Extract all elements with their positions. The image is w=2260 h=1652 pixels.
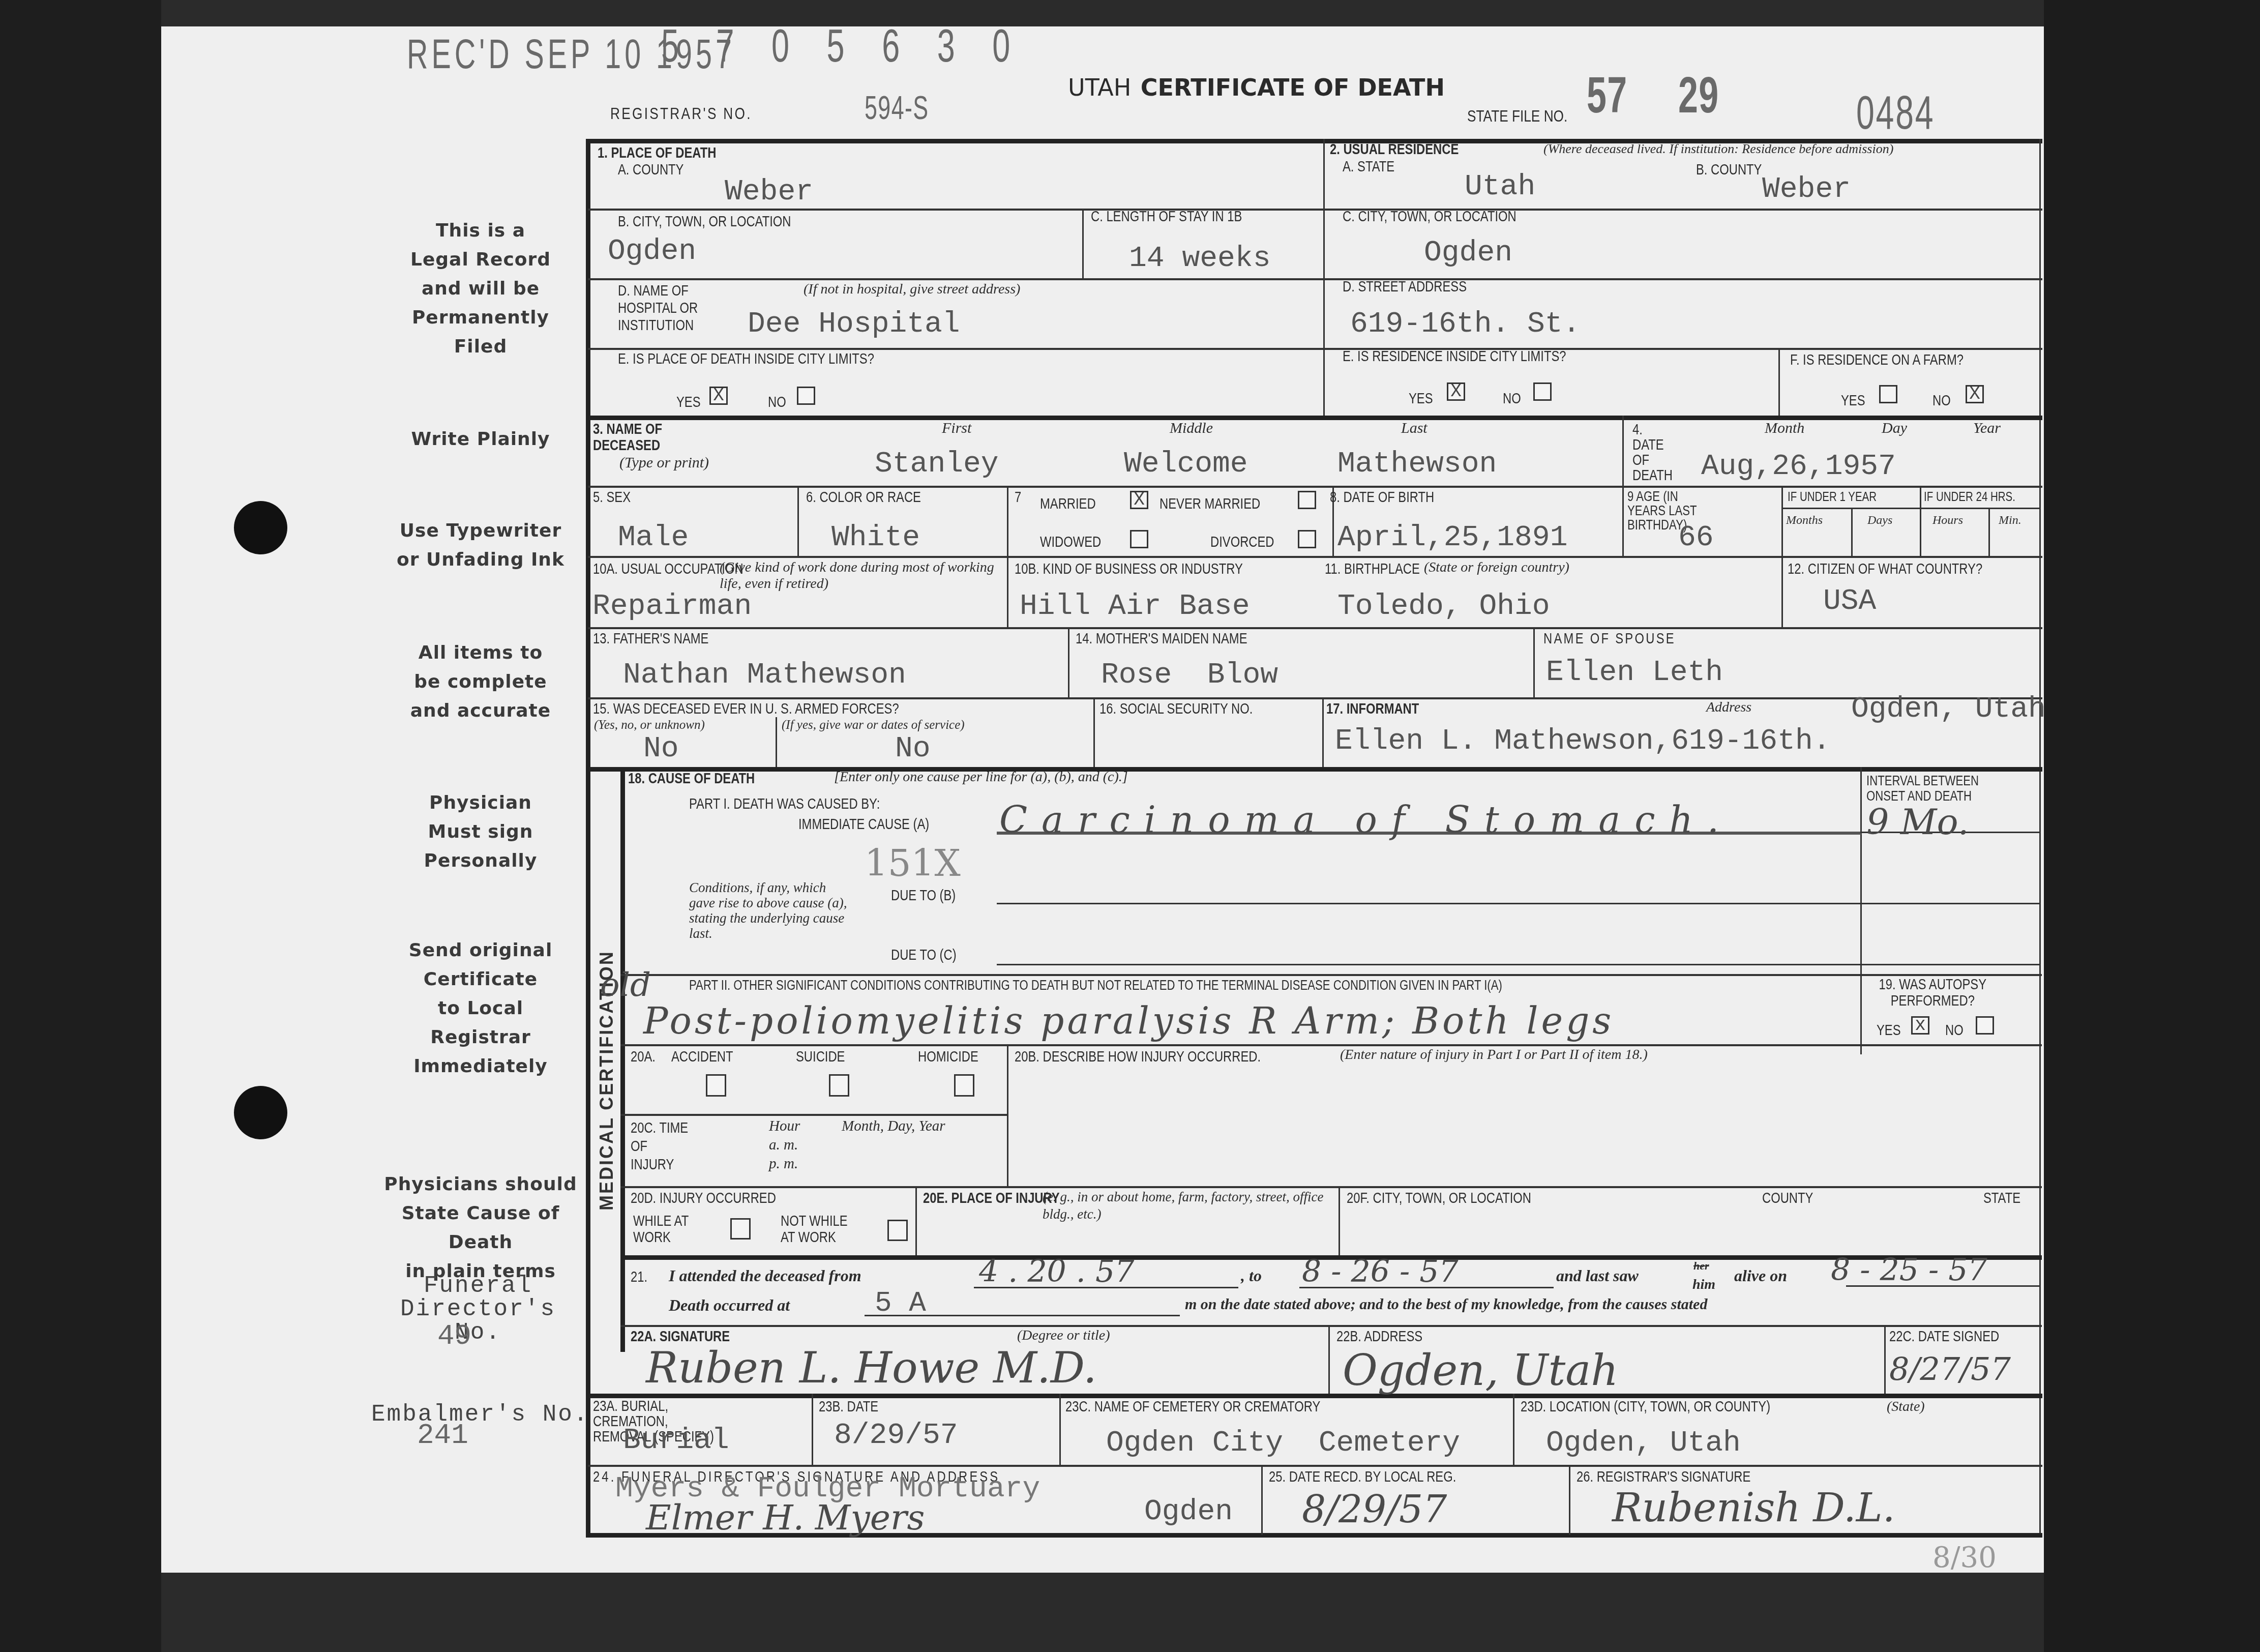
her-label: her [1693, 1259, 1709, 1273]
spouse-value: Ellen Leth [1546, 656, 1723, 689]
attended-from-value: 4 . 20 . 57 [979, 1254, 1134, 1289]
injury-type-num: 20a. [631, 1049, 656, 1066]
divider [588, 278, 2042, 280]
stamp-number: 5 7 0 5 6 3 0 [661, 20, 1024, 73]
age-value: 66 [1678, 521, 1714, 554]
divider [812, 1394, 813, 1466]
middle-name-value: Welcome [1124, 448, 1248, 481]
divider [620, 1325, 2042, 1327]
recd-label: 25. DATE RECD. BY LOCAL REG. [1269, 1469, 1456, 1486]
citizen-value: USA [1823, 585, 1876, 618]
divider [620, 1114, 1007, 1116]
injury-county-label: COUNTY [1762, 1190, 1813, 1207]
disposition-date-label: 23b. DATE [819, 1399, 878, 1415]
injury-date-label: Month, Day, Year [842, 1118, 945, 1135]
funeral-director-signature: Elmer H. Myers [646, 1498, 925, 1538]
residence-inside-limits-yes-checkbox[interactable]: X [1447, 382, 1465, 401]
year-label: Year [1973, 420, 2001, 437]
residence-county-label: b. COUNTY [1696, 162, 1762, 179]
first-name-value: Stanley [875, 448, 999, 481]
registrar-no: 594-S [865, 89, 929, 127]
margin-note-plain-terms: Physicians should State Cause of Death i… [366, 1170, 595, 1286]
farm-no-checkbox[interactable]: X [1966, 385, 1984, 403]
sex-value: Male [618, 521, 689, 554]
margin-note-send-original: Send original Certificate to Local Regis… [389, 936, 572, 1081]
months-label: Months [1786, 514, 1823, 527]
length-of-stay-label: c. LENGTH OF STAY IN 1b [1091, 209, 1242, 225]
attendance-num: 21. [631, 1269, 647, 1286]
title-state: UTAH [1068, 74, 1131, 101]
registrar-signature-label: 26. REGISTRAR'S SIGNATURE [1577, 1469, 1750, 1486]
injury-state-label: STATE [1983, 1190, 2020, 1207]
divider [588, 1394, 2042, 1398]
residence-inside-limits-label: e. IS RESIDENCE INSIDE CITY LIMITS? [1343, 348, 1566, 365]
cemetery-label: 23c. NAME OF CEMETERY OR CREMATORY [1065, 1399, 1320, 1415]
location-label: 23d. LOCATION (City, town, or county) [1521, 1399, 1770, 1415]
divider [1860, 767, 1862, 1054]
at-work-label: WHILE AT WORK [633, 1213, 696, 1246]
divider [776, 717, 777, 768]
informant-label: 17. INFORMANT [1326, 701, 1419, 718]
cause-heading-note: [Enter only one cause per line for (a), … [834, 769, 1128, 785]
immediate-cause-value: Carcinoma of Stomach. [999, 799, 1733, 841]
describe-injury-label: 20b. DESCRIBE HOW INJURY OCCURRED. [1015, 1049, 1261, 1066]
divider [1860, 964, 2041, 965]
cause-b-line [997, 903, 1861, 904]
time-of-injury-label: 20c. TIME OF INJURY [631, 1119, 693, 1174]
usual-residence-heading: 2. USUAL RESIDENCE [1330, 141, 1459, 158]
pm-label: p. m. [769, 1156, 798, 1172]
disposition-method-value: Burial [623, 1424, 729, 1457]
residence-state-value: Utah [1465, 170, 1535, 203]
suicide-label: SUICIDE [796, 1049, 845, 1066]
divider [1860, 903, 2041, 904]
name-label: 3. NAME OF DECEASED [593, 421, 693, 454]
margin-note-write-plainly: Write Plainly [389, 425, 572, 454]
state-file-no-part2: 29 [1678, 66, 1719, 125]
due-to-b-label: DUE TO (b) [891, 888, 956, 904]
am-label: a. m. [769, 1137, 798, 1154]
date-of-death-value: Aug,26,1957 [1701, 450, 1896, 483]
death-inside-limits-label: e. IS PLACE OF DEATH INSIDE CITY LIMITS? [618, 351, 874, 368]
under-24-hrs-label: IF UNDER 24 HRS. [1924, 490, 2015, 505]
never-married-label: NEVER MARRIED [1159, 496, 1260, 513]
divider [1533, 627, 1535, 698]
divider [1261, 1465, 1263, 1535]
county-label: a. COUNTY [618, 162, 683, 179]
place-of-death-heading: 1. PLACE OF DEATH [598, 145, 716, 162]
funeral-director-no: 49 [437, 1320, 471, 1352]
scan-background-left [0, 0, 161, 1652]
part2-value: Post-poliomyelitis paralysis R Arm; Both… [643, 999, 1614, 1042]
dob-label: 8. DATE OF BIRTH [1330, 489, 1434, 506]
armed-forces-service-value: No [895, 732, 931, 765]
divider [1851, 509, 1853, 557]
married-checkbox[interactable]: X [1130, 491, 1148, 509]
business-label: 10b. KIND OF BUSINESS OR INDUSTRY [1015, 561, 1243, 578]
embalmer-no-label: Embalmer's No. [371, 1401, 589, 1428]
armed-forces-value: No [643, 732, 679, 765]
date-signed-label: 22c. DATE SIGNED [1889, 1329, 1999, 1345]
state-file-no-part1: 57 [1587, 66, 1628, 125]
divider [1988, 509, 1990, 557]
month-label: Month [1765, 420, 1804, 437]
residence-inside-limits-no-checkbox[interactable] [1533, 382, 1552, 401]
cause-code-annotation: 151X [865, 842, 961, 884]
divider [588, 209, 2042, 211]
punch-hole-icon [234, 1086, 287, 1139]
divider [915, 1186, 917, 1257]
never-married-checkbox[interactable] [1298, 491, 1316, 509]
divorced-checkbox[interactable] [1298, 530, 1316, 548]
occupation-value: Repairman [592, 590, 752, 623]
cause-heading: 18. CAUSE OF DEATH [628, 771, 755, 787]
scan-background-right [2044, 0, 2260, 1652]
farm-yes-checkbox[interactable] [1879, 385, 1897, 403]
father-label: 13. FATHER'S NAME [593, 631, 708, 647]
armed-forces-note-1: (Yes, no, or unknown) [594, 718, 705, 732]
middle-name-label: Middle [1170, 420, 1213, 437]
death-at-value: 5 A [875, 1287, 926, 1319]
date-signed-value: 8/27/57 [1889, 1350, 2011, 1388]
last-saw-label: and last saw [1556, 1266, 1639, 1285]
divider [588, 697, 2042, 699]
divider [620, 1186, 2042, 1188]
divider [588, 1465, 2042, 1467]
race-value: White [831, 521, 920, 554]
not-at-work-label: NOT WHILE AT WORK [781, 1213, 851, 1246]
widowed-checkbox[interactable] [1130, 530, 1148, 548]
hours-label: Hours [1932, 514, 1963, 527]
divider [1007, 1044, 1008, 1188]
divorced-label: DIVORCED [1210, 534, 1274, 551]
hospital-note: (If not in hospital, give street address… [804, 281, 1020, 298]
marital-num: 7 [1015, 489, 1021, 506]
divider [1068, 627, 1069, 698]
funeral-city-value: Ogden [1144, 1495, 1233, 1528]
funeral-director-no-label: Funeral Director's No. [371, 1274, 585, 1344]
to-label: , to [1241, 1266, 1262, 1285]
days-label: Days [1867, 514, 1892, 527]
immediate-cause-label: IMMEDIATE CAUSE (a) [798, 816, 929, 833]
date-of-death-label: 4. DATE OF DEATH [1632, 422, 1661, 483]
informant-value: Ellen L. Mathewson,619-16th. [1335, 725, 1831, 758]
divider [1884, 1325, 1886, 1396]
citizen-label: 12. CITIZEN OF WHAT COUNTRY? [1788, 561, 1982, 578]
death-city-value: Ogden [608, 235, 696, 268]
residence-city-value: Ogden [1424, 237, 1512, 270]
registrar-signature: Rubenish D.L. [1612, 1485, 1895, 1531]
autopsy-no-checkbox[interactable] [1976, 1016, 1994, 1035]
under-1-year-label: IF UNDER 1 YEAR [1788, 490, 1877, 505]
divider [1328, 1325, 1330, 1396]
attended-from-label: I attended the deceased from [669, 1266, 861, 1285]
divider [588, 416, 2042, 420]
birthplace-value: Toledo, Ohio [1337, 590, 1550, 623]
race-label: 6. COLOR OR RACE [806, 489, 921, 506]
injury-city-label: 20f. CITY, TOWN, OR LOCATION [1347, 1190, 1531, 1207]
death-at-label: Death occurred at [669, 1296, 790, 1315]
margin-note-physician-sign: Physician Must sign Personally [389, 788, 572, 875]
divider [1622, 486, 1624, 557]
occupation-note: (Give kind of work done during most of w… [720, 559, 1004, 592]
part2-annotation: old [600, 966, 651, 1004]
armed-forces-note-2: (If yes, give war or dates of service) [782, 718, 965, 732]
father-value: Nathan Mathewson [623, 659, 906, 692]
autopsy-yes-checkbox[interactable]: x [1911, 1016, 1929, 1035]
divider [588, 348, 2042, 350]
due-to-c-label: DUE TO (c) [891, 947, 957, 964]
hospital-label: d. NAME OF HOSPITAL OR INSTITUTION [618, 282, 735, 334]
divider [620, 1044, 2042, 1046]
hospital-value: Dee Hospital [748, 308, 960, 341]
him-label: him [1692, 1277, 1715, 1293]
accident-checkbox[interactable] [706, 1074, 726, 1097]
margin-note-legal-record: This is a Legal Record and will be Perma… [389, 216, 572, 361]
death-inside-limits-no-label: NO [768, 394, 786, 411]
location-value: Ogden, Utah [1546, 1427, 1741, 1460]
physician-signature: Ruben L. Howe M.D. [646, 1343, 1097, 1393]
margin-note-complete: All items to be complete and accurate [389, 638, 572, 725]
divider [1059, 1394, 1061, 1466]
business-value: Hill Air Base [1020, 590, 1250, 623]
location-state-label: (State) [1887, 1399, 1925, 1415]
title-text: CERTIFICATE OF DEATH [1141, 74, 1445, 101]
at-work-checkbox[interactable] [730, 1218, 751, 1240]
widowed-label: WIDOWED [1040, 534, 1101, 551]
ssn-label: 16. SOCIAL SECURITY NO. [1099, 701, 1253, 718]
residence-street-label: d. STREET ADDRESS [1343, 279, 1467, 296]
part1-label: PART I. DEATH WAS CAUSED BY: [689, 796, 880, 813]
degree-label: (Degree or title) [1017, 1327, 1110, 1344]
divider [1513, 1394, 1514, 1466]
autopsy-yes-label: YES [1877, 1022, 1901, 1039]
suicide-checkbox[interactable] [829, 1074, 849, 1097]
residence-yes-label: YES [1409, 391, 1433, 407]
divider [588, 627, 2042, 629]
divider [588, 767, 2042, 772]
informant-address-label: Address [1706, 699, 1751, 716]
spouse-label: NAME OF SPOUSE [1543, 631, 1676, 647]
farm-label: f. IS RESIDENCE ON A FARM? [1790, 352, 1964, 369]
length-of-stay-value: 14 weeks [1129, 242, 1270, 275]
divider [1093, 697, 1095, 769]
first-name-label: First [942, 420, 971, 437]
residence-county-value: Weber [1762, 173, 1851, 206]
usual-residence-note: (Where deceased lived. If institution: R… [1543, 141, 1893, 157]
armed-forces-label: 15. WAS DECEASED EVER IN U. S. ARMED FOR… [593, 701, 899, 718]
mother-label: 14. MOTHER'S MAIDEN NAME [1076, 631, 1247, 647]
residence-no-label: NO [1503, 391, 1521, 407]
mother-value: Rose Blow [1101, 659, 1278, 692]
autopsy-label: 19. WAS AUTOPSY PERFORMED? [1864, 977, 2002, 1009]
divider [1082, 209, 1084, 278]
attended-to-value: 8 - 26 - 57 [1302, 1254, 1459, 1289]
divider [588, 556, 2042, 558]
conditions-note: Conditions, if any, which gave rise to a… [689, 880, 852, 941]
interval-value: 9 Mo. [1866, 801, 1969, 843]
divider [588, 486, 2042, 488]
footer-annotation: 8/30 [1932, 1541, 1997, 1574]
embalmer-no: 241 [417, 1419, 468, 1452]
cemetery-value: Ogden City Cemetery [1106, 1427, 1460, 1460]
registrar-no-label: REGISTRAR'S NO. [610, 104, 752, 123]
margin-note-typewriter: Use Typewriter or Unfading Ink [379, 516, 582, 574]
divider [1322, 697, 1324, 769]
death-inside-limits-yes-label: YES [676, 394, 701, 411]
state-file-label: STATE FILE NO. [1467, 107, 1567, 126]
divider [1920, 486, 1921, 557]
alive-on-label: alive on [1734, 1266, 1787, 1285]
not-at-work-checkbox[interactable] [887, 1220, 908, 1241]
last-name-value: Mathewson [1337, 448, 1497, 481]
describe-injury-note: (Enter nature of injury in Part I or Par… [1340, 1047, 1648, 1063]
place-of-injury-note: (e. g., in or about home, farm, factory,… [1043, 1188, 1327, 1223]
punch-hole-icon [234, 501, 287, 554]
death-city-label: b. CITY, TOWN, OR LOCATION [618, 214, 791, 230]
document-title: UTAH CERTIFICATE OF DEATH [1068, 74, 1445, 101]
residence-city-label: c. CITY, TOWN, OR LOCATION [1343, 209, 1516, 225]
residence-street-value: 619-16th. St. [1350, 308, 1580, 341]
residence-state-label: a. STATE [1343, 159, 1394, 175]
sex-label: 5. SEX [593, 489, 631, 506]
certifier-address-value: Ogden, Utah [1343, 1345, 1618, 1395]
certifier-address-label: 22b. ADDRESS [1336, 1329, 1422, 1345]
divider [1781, 508, 2041, 509]
hour-label: Hour [769, 1118, 800, 1135]
place-of-injury-label: 20e. PLACE OF INJURY [923, 1190, 1060, 1207]
birthplace-label: 11. BIRTHPLACE [1325, 561, 1420, 578]
day-label: Day [1882, 420, 1907, 437]
name-note: (Type or print) [619, 454, 709, 471]
farm-no-label: NO [1932, 393, 1951, 409]
interval-label: INTERVAL BETWEEN ONSET AND DEATH [1866, 773, 2008, 804]
divider [797, 486, 799, 557]
divider [1622, 416, 1624, 487]
death-at-rest: m on the date stated above; and to the b… [1185, 1296, 1707, 1313]
state-file-no-part3: 0484 [1856, 86, 1935, 140]
birthplace-note: (State or foreign country) [1424, 559, 1569, 576]
homicide-checkbox[interactable] [954, 1074, 974, 1097]
min-label: Min. [1999, 514, 2021, 527]
last-name-label: Last [1401, 420, 1428, 437]
recd-value: 8/29/57 [1302, 1488, 1447, 1531]
death-inside-limits-yes-checkbox[interactable]: X [709, 387, 728, 405]
dob-value: April,25,1891 [1337, 521, 1567, 554]
cause-c-line [997, 964, 1861, 965]
disposition-date-value: 8/29/57 [834, 1419, 958, 1452]
divider [1569, 1465, 1570, 1535]
farm-yes-label: YES [1841, 393, 1865, 409]
divider [620, 767, 625, 1352]
married-label: MARRIED [1040, 496, 1096, 513]
injury-occurred-label: 20d. INJURY OCCURRED [631, 1190, 776, 1207]
death-county-value: Weber [725, 175, 813, 209]
alive-on-value: 8 - 25 - 57 [1831, 1252, 1987, 1288]
homicide-label: HOMICIDE [918, 1049, 978, 1066]
divider [620, 974, 2042, 976]
death-inside-limits-no-checkbox[interactable] [797, 387, 815, 405]
accident-label: ACCIDENT [671, 1049, 733, 1066]
divider [1339, 1186, 1340, 1257]
divider [1778, 348, 1780, 418]
part2-label: PART II. OTHER SIGNIFICANT CONDITIONS CO… [689, 978, 1502, 993]
informant-address-value: Ogden, Utah [1851, 693, 2046, 726]
autopsy-no-label: NO [1945, 1022, 1964, 1039]
